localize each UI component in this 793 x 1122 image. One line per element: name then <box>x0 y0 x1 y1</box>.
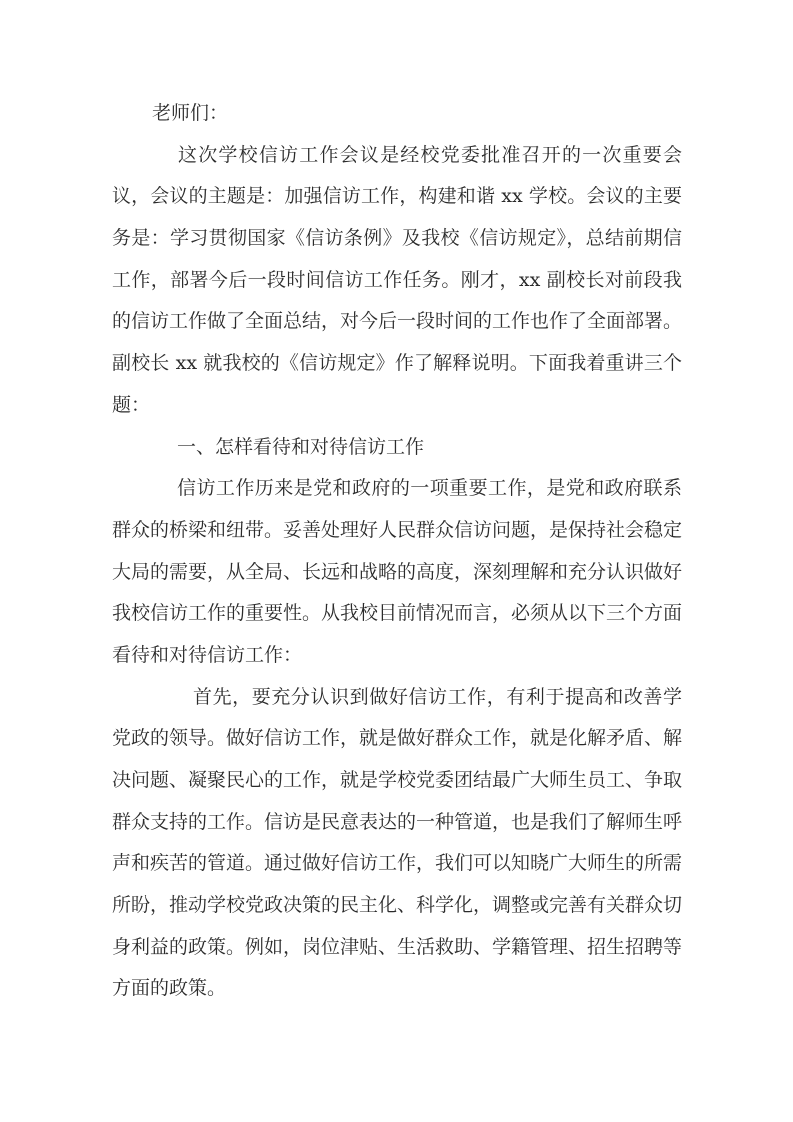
text-line: 声和疾苦的管道。通过做好信访工作，我们可以知晓广大师生的所需 <box>112 843 682 885</box>
text-line: 这次学校信访工作会议是经校党委批准召开的一次重要会 <box>112 135 682 177</box>
text-line: 大局的需要，从全局、长远和战略的高度，深刻理解和充分认识做好 <box>112 552 682 594</box>
text-line: 方面的政策。 <box>112 968 682 1010</box>
text-line: 身利益的政策。例如，岗位津贴、生活救助、学籍管理、招生招聘等 <box>112 927 682 969</box>
text-line: 党政的领导。做好信访工作，就是做好群众工作，就是化解矛盾、解 <box>112 718 682 760</box>
text-line: 老师们： <box>112 93 682 135</box>
text-line: 决问题、凝聚民心的工作，就是学校党委团结最广大师生员工、争取 <box>112 760 682 802</box>
text-line: 所盼，推动学校党政决策的民主化、科学化，调整或完善有关群众切 <box>112 885 682 927</box>
paragraph-salutation: 老师们： <box>112 93 682 135</box>
text-line: 工作，部署今后一段时间信访工作任务。刚才，xx 副校长对前段我校 <box>112 260 682 302</box>
text-line: 看待和对待信访工作： <box>112 635 682 677</box>
text-line: 的信访工作做了全面总结，对今后一段时间的工作也作了全面部署。 <box>112 301 682 343</box>
text-line: 群众支持的工作。信访是民意表达的一种管道，也是我们了解师生呼 <box>112 802 682 844</box>
text-line: 群众的桥梁和纽带。妥善处理好人民群众信访问题，是保持社会稳定 <box>112 510 682 552</box>
text-line: 首先，要充分认识到做好信访工作，有利于提高和改善学校 <box>112 677 682 719</box>
paragraph-first-point: 首先，要充分认识到做好信访工作，有利于提高和改善学校 党政的领导。做好信访工作，… <box>112 677 682 1011</box>
text-line: 我校信访工作的重要性。从我校目前情况而言，必须从以下三个方面 <box>112 593 682 635</box>
paragraph-heading-one: 一、怎样看待和对待信访工作 <box>112 427 682 469</box>
document-text-area: 老师们： 这次学校信访工作会议是经校党委批准召开的一次重要会 议，会议的主题是：… <box>112 93 682 1010</box>
text-line: 议，会议的主题是：加强信访工作，构建和谐 xx 学校。会议的主要任 <box>112 176 682 218</box>
text-line: 题： <box>112 385 682 427</box>
text-line: 副校长 xx 就我校的《信访规定》作了解释说明。下面我着重讲三个问 <box>112 343 682 385</box>
text-line: 务是：学习贯彻国家《信访条例》及我校《信访规定》，总结前期信访 <box>112 218 682 260</box>
paragraph-intro: 这次学校信访工作会议是经校党委批准召开的一次重要会 议，会议的主题是：加强信访工… <box>112 135 682 427</box>
paragraph-importance: 信访工作历来是党和政府的一项重要工作，是党和政府联系 群众的桥梁和纽带。妥善处理… <box>112 468 682 676</box>
section-heading: 一、怎样看待和对待信访工作 <box>112 427 682 469</box>
text-line: 信访工作历来是党和政府的一项重要工作，是党和政府联系 <box>112 468 682 510</box>
document-page: 老师们： 这次学校信访工作会议是经校党委批准召开的一次重要会 议，会议的主题是：… <box>0 0 793 1122</box>
